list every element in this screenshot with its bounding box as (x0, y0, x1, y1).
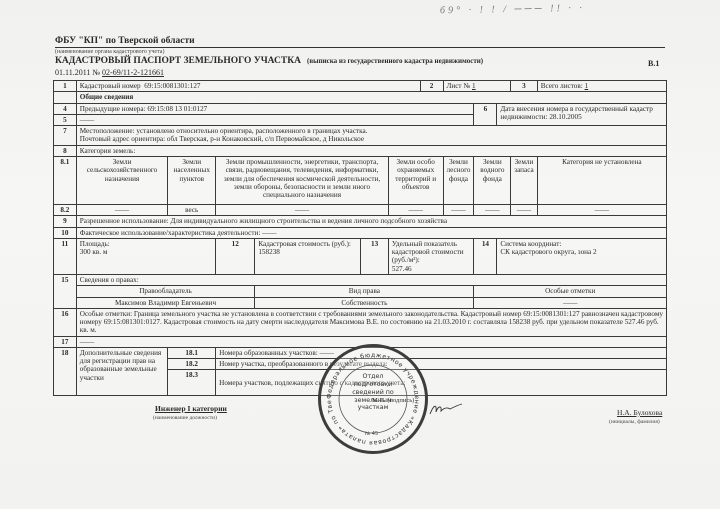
permitted-use: Разрешенное использование: Для индивидуа… (76, 216, 666, 227)
section-heading: Общие сведения (76, 92, 666, 103)
row-8: 8 Категория земель: (54, 145, 667, 156)
category-water: Земли водного фонда (474, 156, 511, 204)
row-8-1: 8.1 Земли сельскохозяйственного назначен… (54, 156, 667, 204)
category-protected: Земли особо охраняемых территорий и объе… (388, 156, 443, 204)
category-forest: Земли лесного фонда (443, 156, 474, 204)
stamp-center-text: Отдел подготовки сведений по земельным у… (345, 373, 401, 412)
category-not-set: Категория не установлена (537, 156, 666, 204)
stamp-number: № 45 (365, 431, 378, 437)
signer-name: Н.А. Булохова (617, 408, 662, 417)
row-7: 7 Местоположение: установлено относитель… (54, 126, 667, 146)
document-title: КАДАСТРОВЫЙ ПАСПОРТ ЗЕМЕЛЬНОГО УЧАСТКА(в… (55, 56, 483, 66)
signer-name-caption: (инициалы, фамилия) (609, 419, 660, 425)
sheet-number-cell: Лист № 1 (443, 81, 511, 92)
rights-header-type: Вид права (255, 286, 474, 297)
title-main: КАДАСТРОВЫЙ ПАСПОРТ ЗЕМЕЛЬНОГО УЧАСТКА (55, 56, 301, 66)
handwritten-signature-icon (428, 402, 464, 416)
additional-info-label: Дополнительные сведения для регистрации … (76, 347, 168, 396)
stamp-caption: М.П. (подпись) (372, 397, 414, 404)
category-settlements-value: весь (168, 204, 216, 215)
total-sheets-cell: Всего листов: 1 (537, 81, 666, 92)
special-notes: Особые отметки: Граница земельного участ… (76, 308, 666, 336)
category-settlements: Земли населенных пунктов (168, 156, 216, 204)
organization-name: ФБУ "КП" по Тверской области (55, 36, 665, 48)
row-8-2: 8.2 —— весь —— —— —— —— —— —— (54, 204, 667, 215)
row-num: 3 (511, 81, 537, 92)
signer-position: Инженер I категории (155, 404, 227, 413)
row-num: 1 (54, 81, 77, 92)
number-prefix: № (92, 68, 100, 77)
rights-holder: Максимов Владимир Евгеньевич (76, 297, 255, 308)
title-paren: (выписка из государственного кадастра не… (307, 57, 483, 65)
transformed-plot: Номер участка, преобразованного в резуль… (216, 359, 667, 370)
document-number: 02-69/11-2-121661 (102, 68, 164, 77)
row-15-label: 15 Сведения о правах: (54, 274, 667, 285)
cadastral-number: 69:15:0081301:127 (144, 82, 200, 90)
coordinate-system-cell: Система координат: СК кадастрового округ… (497, 238, 667, 274)
cadastral-value: 158238 (258, 248, 357, 256)
row-10: 10 Фактическое использование/характерист… (54, 227, 667, 238)
issue-date-line: 01.11.2011 № 02-69/11-2-121661 (55, 68, 164, 77)
row-16: 16 Особые отметки: Граница земельного уч… (54, 308, 667, 336)
rights-header-notes: Особые отметки (474, 286, 667, 297)
organization-caption: (наименование органа кадастрового учета) (55, 49, 164, 55)
document-page: б9° · ! ! / ─── !! · · ФБУ "КП" по Тверс… (0, 0, 720, 509)
plots-to-remove: Номера участков, подлежащих снятию с кад… (216, 370, 667, 396)
rights-header-holder: Правообладатель (76, 286, 255, 297)
rights-type: Собственность (255, 297, 474, 308)
row-4: 4 Предыдущие номера: 69:15:08 13 01:0127… (54, 103, 667, 114)
cadastral-value-cell: Кадастровая стоимость (руб.): 158238 (255, 238, 361, 274)
row-9: 9 Разрешенное использование: Для индивид… (54, 216, 667, 227)
category-agricultural: Земли сельскохозяйственного назначения (76, 156, 168, 204)
registration-date: Дата внесения номера в государственный к… (497, 103, 667, 126)
rights-label: Сведения о правах: (76, 274, 666, 285)
row-5-value: —— (76, 114, 474, 125)
actual-use: Фактическое использование/характеристика… (76, 227, 666, 238)
row-1: 1 Кадастровый номер 69:15:0081301:127 2 … (54, 81, 667, 92)
category-reserve: Земли запаса (511, 156, 537, 204)
handwritten-note: б9° · ! ! / ─── !! · · (440, 3, 585, 17)
row-11-14: 11 Площадь: 300 кв. м 12 Кадастровая сто… (54, 238, 667, 274)
formed-plots: Номера образованных участков: —— (216, 347, 667, 358)
previous-numbers: Предыдущие номера: 69:15:08 13 01:0127 (76, 103, 474, 114)
row-num: 2 (420, 81, 443, 92)
issue-date: 01.11.2011 (55, 68, 90, 77)
rights-notes: —— (474, 297, 667, 308)
category-industry: Земли промышленности, энергетики, трансп… (216, 156, 389, 204)
row-15-values: Максимов Владимир Евгеньевич Собственнос… (54, 297, 667, 308)
specific-value-cell: Удельный показатель кадастровой стоимост… (388, 238, 474, 274)
signer-position-caption: (наименование должности) (153, 415, 217, 421)
area-value: 300 кв. м (80, 248, 212, 256)
area-cell: Площадь: 300 кв. м (76, 238, 215, 274)
specific-value: 527.46 (392, 265, 471, 273)
form-code: В.1 (648, 59, 659, 68)
coordinate-system: СК кадастрового округа, зона 2 (500, 248, 663, 256)
land-category-label: Категория земель: (76, 145, 666, 156)
row-general: Общие сведения (54, 92, 667, 103)
cadastral-number-cell: Кадастровый номер 69:15:0081301:127 (76, 81, 420, 92)
location: Местоположение: установлено относительно… (76, 126, 666, 146)
row-15-headers: Правообладатель Вид права Особые отметки (54, 286, 667, 297)
